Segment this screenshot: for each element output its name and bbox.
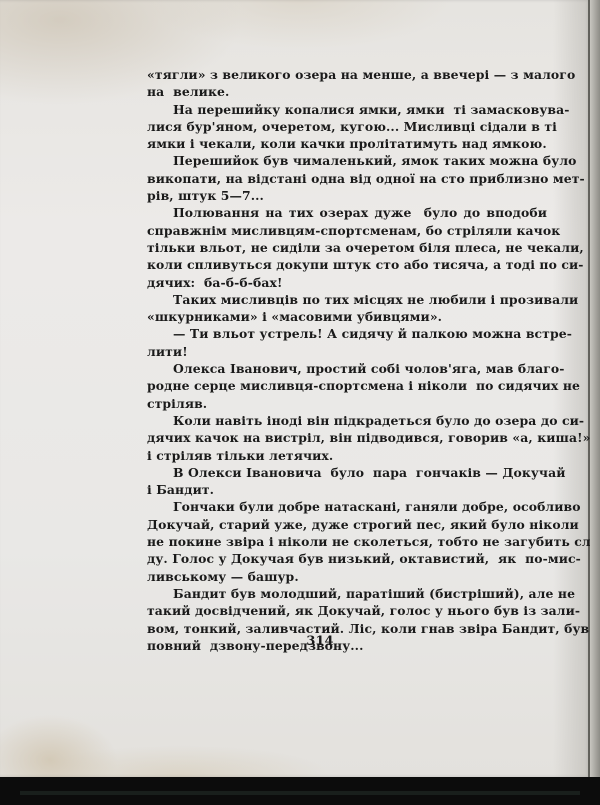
text-line: дячих качок на вистріл, він підводився, … xyxy=(147,429,547,446)
page-number: 314 xyxy=(0,634,600,649)
text-line: Полювання на тих озерах дуже було до впо… xyxy=(147,204,547,221)
scanner-right-margin xyxy=(590,0,600,805)
text-line: лити! xyxy=(147,343,547,360)
text-line: «тягли» з великого озера на менше, а вве… xyxy=(147,66,547,83)
text-line: і стріляв тільки летячих. xyxy=(147,447,547,464)
text-line: Перешийок був чималенький, ямок таких мо… xyxy=(147,152,547,169)
text-line: стріляв. xyxy=(147,395,547,412)
text-line: Олекса Іванович, простий собі чолов'яга,… xyxy=(147,360,547,377)
paper-sheet: «тягли» з великого озера на менше, а вве… xyxy=(0,0,590,777)
text-line: рів, штук 5—7... xyxy=(147,187,547,204)
text-line: «шкурниками» і «масовими убивцями». xyxy=(147,308,547,325)
text-line: Бандит був молодший, паратіший (бистріши… xyxy=(147,585,547,602)
scanned-page: «тягли» з великого озера на менше, а вве… xyxy=(0,0,600,805)
text-line: тільки вльот, не сиділи за очеретом біля… xyxy=(147,239,547,256)
text-line: ямки і чекали, коли качки пролітатимуть … xyxy=(147,135,547,152)
text-line: Гончаки були добре натаскані, ганяли доб… xyxy=(147,498,547,515)
text-line: В Олекси Івановича було пара гончаків — … xyxy=(147,464,547,481)
text-line: — Ти вльот устрель! А сидячу й палкою мо… xyxy=(147,325,547,342)
text-line: справжнім мисливцям-спортсменам, бо стрі… xyxy=(147,222,547,239)
text-line: не покине звіра і ніколи не сколеться, т… xyxy=(147,533,547,550)
text-line: і Бандит. xyxy=(147,481,547,498)
body-text: «тягли» з великого озера на менше, а вве… xyxy=(147,66,547,654)
text-line: на велике. xyxy=(147,83,547,100)
text-line: Коли навіть іноді він підкрадеться було … xyxy=(147,412,547,429)
text-line: дячих: ба-б-б-бах! xyxy=(147,274,547,291)
text-line: Таких мисливців по тих місцях не любили … xyxy=(147,291,547,308)
text-line: Докучай, старий уже, дуже строгий пес, я… xyxy=(147,516,547,533)
text-line: такий досвідчений, як Докучай, голос у н… xyxy=(147,602,547,619)
text-line: викопати, на відстані одна від одної на … xyxy=(147,170,547,187)
text-line: ду. Голос у Докучая був низький, октавис… xyxy=(147,550,547,567)
scanner-bottom-margin xyxy=(0,777,600,805)
text-line: коли спливуться докупи штук сто або тися… xyxy=(147,256,547,273)
text-line: лися бур'яном, очеретом, кугою... Мислив… xyxy=(147,118,547,135)
text-line: родне серце мисливця-спортсмена і ніколи… xyxy=(147,377,547,394)
text-line: На перешийку копалися ямки, ямки ті зама… xyxy=(147,101,547,118)
text-line: ливському — башур. xyxy=(147,568,547,585)
